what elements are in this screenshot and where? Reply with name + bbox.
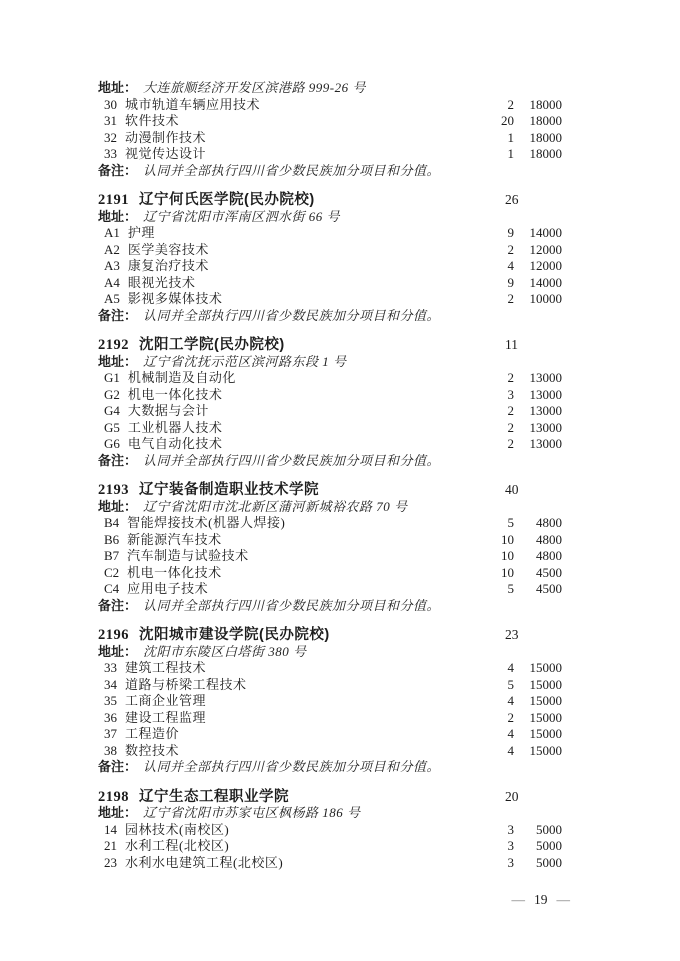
school-title: 2191辽宁何氏医学院(民办院校) <box>98 192 505 209</box>
major-tuition-fee: 12000 <box>514 242 562 259</box>
major-plan-count: 4 <box>474 743 514 760</box>
major-plan-count: 3 <box>474 822 514 839</box>
major-plan-count: 3 <box>474 387 514 404</box>
major-code: A3 <box>104 258 120 273</box>
major-plan-count: 2 <box>474 291 514 308</box>
major-code: B6 <box>104 532 119 547</box>
major-title: 33建筑工程技术 <box>98 660 474 677</box>
major-code: 32 <box>104 130 117 145</box>
major-code: 34 <box>104 677 117 692</box>
school-name: 沈阳工学院(民办院校) <box>139 337 285 353</box>
major-name: 机电一体化技术 <box>128 387 223 402</box>
school-name: 辽宁生态工程职业学院 <box>139 789 289 805</box>
major-row: 33建筑工程技术 4 15000 <box>98 660 562 677</box>
major-row: G1机械制造及自动化 2 13000 <box>98 370 562 387</box>
note-text: 认同并全部执行四川省少数民族加分项目和分值。 <box>143 759 440 776</box>
major-tuition-fee: 13000 <box>514 436 562 453</box>
major-name: 护理 <box>128 225 155 240</box>
note-label: 备注： <box>98 308 137 325</box>
major-title: 30城市轨道车辆应用技术 <box>98 97 474 114</box>
major-code: 30 <box>104 97 117 112</box>
major-code: 23 <box>104 855 117 870</box>
school-plan-total: 40 <box>505 482 562 499</box>
major-row: A2医学美容技术 2 12000 <box>98 242 562 259</box>
major-list: G1机械制造及自动化 2 13000 G2机电一体化技术 3 13000 G4大… <box>98 370 562 453</box>
major-title: G5工业机器人技术 <box>98 420 474 437</box>
note-row: 备注： 认同并全部执行四川省少数民族加分项目和分值。 <box>98 163 562 180</box>
major-tuition-fee: 13000 <box>514 370 562 387</box>
school-name: 沈阳城市建设学院(民办院校) <box>139 627 330 643</box>
major-row: 36建设工程监理 2 15000 <box>98 710 562 727</box>
major-plan-count: 10 <box>474 565 514 582</box>
major-tuition-fee: 18000 <box>514 130 562 147</box>
major-tuition-fee: 4500 <box>514 565 562 582</box>
major-title: 31软件技术 <box>98 113 474 130</box>
major-title: 14园林技术(南校区) <box>98 822 474 839</box>
major-title: B4智能焊接技术(机器人焊接) <box>98 515 474 532</box>
major-name: 水利水电建筑工程(北校区) <box>125 855 283 870</box>
major-row: 23水利水电建筑工程(北校区) 3 5000 <box>98 855 562 872</box>
major-tuition-fee: 15000 <box>514 677 562 694</box>
major-title: C4应用电子技术 <box>98 581 474 598</box>
major-tuition-fee: 4800 <box>514 532 562 549</box>
major-code: B4 <box>104 515 119 530</box>
address-label: 地址： <box>98 805 137 822</box>
major-row: C4应用电子技术 5 4500 <box>98 581 562 598</box>
address-row: 地址： 辽宁省沈阳市苏家屯区枫杨路 186 号 <box>98 805 562 822</box>
major-name: 大数据与会计 <box>128 403 209 418</box>
school-header-row: 2192沈阳工学院(民办院校) 11 <box>98 337 562 354</box>
major-title: 38数控技术 <box>98 743 474 760</box>
major-title: A3康复治疗技术 <box>98 258 474 275</box>
major-plan-count: 4 <box>474 693 514 710</box>
address-row: 地址： 沈阳市东陵区白塔街 380 号 <box>98 644 562 661</box>
major-code: 36 <box>104 710 117 725</box>
major-name: 眼视光技术 <box>128 275 196 290</box>
major-tuition-fee: 18000 <box>514 146 562 163</box>
school-plan-total: 11 <box>505 337 562 354</box>
school-section: 2198辽宁生态工程职业学院 20 地址： 辽宁省沈阳市苏家屯区枫杨路 186 … <box>98 789 562 872</box>
major-row: G5工业机器人技术 2 13000 <box>98 420 562 437</box>
major-tuition-fee: 5000 <box>514 855 562 872</box>
note-text: 认同并全部执行四川省少数民族加分项目和分值。 <box>143 453 440 470</box>
major-plan-count: 5 <box>474 677 514 694</box>
school-title: 2192沈阳工学院(民办院校) <box>98 337 505 354</box>
major-title: A4眼视光技术 <box>98 275 474 292</box>
major-plan-count: 10 <box>474 548 514 565</box>
major-tuition-fee: 15000 <box>514 693 562 710</box>
major-tuition-fee: 5000 <box>514 838 562 855</box>
major-plan-count: 2 <box>474 370 514 387</box>
major-name: 新能源汽车技术 <box>127 532 222 547</box>
major-title: C2机电一体化技术 <box>98 565 474 582</box>
page-footer: —19— <box>512 891 571 908</box>
major-code: G2 <box>104 387 120 402</box>
school-code: 2198 <box>98 789 129 805</box>
major-name: 建设工程监理 <box>125 710 206 725</box>
major-row: 38数控技术 4 15000 <box>98 743 562 760</box>
footer-dash-right: — <box>557 892 571 907</box>
major-code: A4 <box>104 275 120 290</box>
major-title: A5影视多媒体技术 <box>98 291 474 308</box>
major-tuition-fee: 15000 <box>514 660 562 677</box>
major-name: 视觉传达设计 <box>125 146 206 161</box>
major-row: 33视觉传达设计 1 18000 <box>98 146 562 163</box>
major-name: 工业机器人技术 <box>128 420 223 435</box>
major-plan-count: 2 <box>474 403 514 420</box>
major-title: A2医学美容技术 <box>98 242 474 259</box>
address-text: 辽宁省沈抚示范区滨河路东段 1 号 <box>143 354 347 371</box>
major-title: 36建设工程监理 <box>98 710 474 727</box>
major-code: C2 <box>104 565 119 580</box>
major-title: G4大数据与会计 <box>98 403 474 420</box>
major-tuition-fee: 13000 <box>514 420 562 437</box>
major-code: A2 <box>104 242 120 257</box>
major-code: 14 <box>104 822 117 837</box>
major-plan-count: 4 <box>474 258 514 275</box>
major-code: G1 <box>104 370 120 385</box>
major-tuition-fee: 4800 <box>514 515 562 532</box>
major-plan-count: 2 <box>474 420 514 437</box>
major-row: B6新能源汽车技术 10 4800 <box>98 532 562 549</box>
note-text: 认同并全部执行四川省少数民族加分项目和分值。 <box>143 598 440 615</box>
major-code: 38 <box>104 743 117 758</box>
major-row: 35工商企业管理 4 15000 <box>98 693 562 710</box>
school-section: 地址： 大连旅顺经济开发区滨港路 999-26 号 30城市轨道车辆应用技术 2… <box>98 80 562 179</box>
note-row: 备注： 认同并全部执行四川省少数民族加分项目和分值。 <box>98 308 562 325</box>
school-plan-total: 20 <box>505 789 562 806</box>
major-row: G2机电一体化技术 3 13000 <box>98 387 562 404</box>
major-row: B7汽车制造与试验技术 10 4800 <box>98 548 562 565</box>
major-name: 城市轨道车辆应用技术 <box>125 97 260 112</box>
note-text: 认同并全部执行四川省少数民族加分项目和分值。 <box>143 308 440 325</box>
address-text: 大连旅顺经济开发区滨港路 999-26 号 <box>143 80 366 97</box>
major-code: B7 <box>104 548 119 563</box>
school-code: 2196 <box>98 627 129 643</box>
major-name: 工商企业管理 <box>125 693 206 708</box>
document-page: 地址： 大连旅顺经济开发区滨港路 999-26 号 30城市轨道车辆应用技术 2… <box>0 0 680 961</box>
major-row: 21水利工程(北校区) 3 5000 <box>98 838 562 855</box>
note-label: 备注： <box>98 163 137 180</box>
school-code: 2192 <box>98 337 129 353</box>
school-header-row: 2196沈阳城市建设学院(民办院校) 23 <box>98 627 562 644</box>
note-row: 备注： 认同并全部执行四川省少数民族加分项目和分值。 <box>98 759 562 776</box>
major-plan-count: 20 <box>474 113 514 130</box>
major-code: 37 <box>104 726 117 741</box>
major-plan-count: 2 <box>474 242 514 259</box>
major-title: G1机械制造及自动化 <box>98 370 474 387</box>
major-row: A3康复治疗技术 4 12000 <box>98 258 562 275</box>
major-title: 37工程造价 <box>98 726 474 743</box>
major-list: 33建筑工程技术 4 15000 34道路与桥梁工程技术 5 15000 35工… <box>98 660 562 759</box>
major-row: B4智能焊接技术(机器人焊接) 5 4800 <box>98 515 562 532</box>
major-row: A1护理 9 14000 <box>98 225 562 242</box>
major-name: 数控技术 <box>125 743 179 758</box>
major-row: A5影视多媒体技术 2 10000 <box>98 291 562 308</box>
major-title: B7汽车制造与试验技术 <box>98 548 474 565</box>
major-code: A1 <box>104 225 120 240</box>
address-label: 地址： <box>98 80 137 97</box>
major-tuition-fee: 10000 <box>514 291 562 308</box>
major-title: G6电气自动化技术 <box>98 436 474 453</box>
major-plan-count: 5 <box>474 515 514 532</box>
major-name: 水利工程(北校区) <box>125 838 229 853</box>
major-list: B4智能焊接技术(机器人焊接) 5 4800 B6新能源汽车技术 10 4800… <box>98 515 562 598</box>
major-plan-count: 3 <box>474 838 514 855</box>
major-name: 康复治疗技术 <box>128 258 209 273</box>
admission-plan-list: 地址： 大连旅顺经济开发区滨港路 999-26 号 30城市轨道车辆应用技术 2… <box>98 80 562 871</box>
major-plan-count: 2 <box>474 710 514 727</box>
school-header-row: 2198辽宁生态工程职业学院 20 <box>98 789 562 806</box>
major-name: 智能焊接技术(机器人焊接) <box>127 515 285 530</box>
address-label: 地址： <box>98 499 137 516</box>
major-tuition-fee: 14000 <box>514 225 562 242</box>
school-header-row: 2191辽宁何氏医学院(民办院校) 26 <box>98 192 562 209</box>
major-tuition-fee: 13000 <box>514 403 562 420</box>
major-name: 动漫制作技术 <box>125 130 206 145</box>
address-text: 辽宁省沈阳市浑南区泗水街 66 号 <box>143 209 340 226</box>
major-code: A5 <box>104 291 120 306</box>
major-title: B6新能源汽车技术 <box>98 532 474 549</box>
major-row: 32动漫制作技术 1 18000 <box>98 130 562 147</box>
major-row: 14园林技术(南校区) 3 5000 <box>98 822 562 839</box>
address-text: 辽宁省沈阳市沈北新区蒲河新城裕农路 70 号 <box>143 499 408 516</box>
major-title: G2机电一体化技术 <box>98 387 474 404</box>
school-title: 2193辽宁装备制造职业技术学院 <box>98 482 505 499</box>
major-tuition-fee: 15000 <box>514 743 562 760</box>
major-code: G4 <box>104 403 120 418</box>
major-list: A1护理 9 14000 A2医学美容技术 2 12000 A3康复治疗技术 4… <box>98 225 562 308</box>
school-section: 2193辽宁装备制造职业技术学院 40 地址： 辽宁省沈阳市沈北新区蒲河新城裕农… <box>98 482 562 614</box>
school-plan-total: 26 <box>505 192 562 209</box>
major-name: 机械制造及自动化 <box>128 370 236 385</box>
note-label: 备注： <box>98 759 137 776</box>
address-row: 地址： 大连旅顺经济开发区滨港路 999-26 号 <box>98 80 562 97</box>
note-row: 备注： 认同并全部执行四川省少数民族加分项目和分值。 <box>98 598 562 615</box>
major-row: 31软件技术 20 18000 <box>98 113 562 130</box>
school-code: 2191 <box>98 192 129 208</box>
major-code: 35 <box>104 693 117 708</box>
school-header-row: 2193辽宁装备制造职业技术学院 40 <box>98 482 562 499</box>
major-title: 34道路与桥梁工程技术 <box>98 677 474 694</box>
school-name: 辽宁装备制造职业技术学院 <box>139 482 319 498</box>
major-name: 汽车制造与试验技术 <box>127 548 249 563</box>
school-code: 2193 <box>98 482 129 498</box>
major-tuition-fee: 5000 <box>514 822 562 839</box>
major-plan-count: 2 <box>474 97 514 114</box>
major-tuition-fee: 14000 <box>514 275 562 292</box>
major-name: 园林技术(南校区) <box>125 822 229 837</box>
school-title: 2198辽宁生态工程职业学院 <box>98 789 505 806</box>
note-row: 备注： 认同并全部执行四川省少数民族加分项目和分值。 <box>98 453 562 470</box>
major-list: 30城市轨道车辆应用技术 2 18000 31软件技术 20 18000 32动… <box>98 97 562 163</box>
major-tuition-fee: 13000 <box>514 387 562 404</box>
major-plan-count: 4 <box>474 726 514 743</box>
major-plan-count: 3 <box>474 855 514 872</box>
address-row: 地址： 辽宁省沈阳市沈北新区蒲河新城裕农路 70 号 <box>98 499 562 516</box>
school-name: 辽宁何氏医学院(民办院校) <box>139 192 315 208</box>
address-label: 地址： <box>98 354 137 371</box>
major-tuition-fee: 15000 <box>514 710 562 727</box>
major-row: 37工程造价 4 15000 <box>98 726 562 743</box>
major-name: 道路与桥梁工程技术 <box>125 677 247 692</box>
major-title: 23水利水电建筑工程(北校区) <box>98 855 474 872</box>
major-row: A4眼视光技术 9 14000 <box>98 275 562 292</box>
major-plan-count: 1 <box>474 146 514 163</box>
major-tuition-fee: 4500 <box>514 581 562 598</box>
major-code: C4 <box>104 581 119 596</box>
major-name: 电气自动化技术 <box>128 436 223 451</box>
address-label: 地址： <box>98 644 137 661</box>
footer-dash-left: — <box>512 892 526 907</box>
major-tuition-fee: 18000 <box>514 97 562 114</box>
major-row: 30城市轨道车辆应用技术 2 18000 <box>98 97 562 114</box>
address-row: 地址： 辽宁省沈阳市浑南区泗水街 66 号 <box>98 209 562 226</box>
address-text: 沈阳市东陵区白塔街 380 号 <box>143 644 307 661</box>
school-section: 2191辽宁何氏医学院(民办院校) 26 地址： 辽宁省沈阳市浑南区泗水街 66… <box>98 192 562 324</box>
major-row: G4大数据与会计 2 13000 <box>98 403 562 420</box>
major-name: 建筑工程技术 <box>125 660 206 675</box>
school-plan-total: 23 <box>505 627 562 644</box>
major-code: G5 <box>104 420 120 435</box>
major-name: 机电一体化技术 <box>127 565 222 580</box>
major-plan-count: 1 <box>474 130 514 147</box>
major-list: 14园林技术(南校区) 3 5000 21水利工程(北校区) 3 5000 23… <box>98 822 562 872</box>
major-plan-count: 2 <box>474 436 514 453</box>
school-section: 2196沈阳城市建设学院(民办院校) 23 地址： 沈阳市东陵区白塔街 380 … <box>98 627 562 776</box>
major-title: 33视觉传达设计 <box>98 146 474 163</box>
major-tuition-fee: 18000 <box>514 113 562 130</box>
major-row: C2机电一体化技术 10 4500 <box>98 565 562 582</box>
page-number: 19 <box>534 892 548 907</box>
address-row: 地址： 辽宁省沈抚示范区滨河路东段 1 号 <box>98 354 562 371</box>
major-title: A1护理 <box>98 225 474 242</box>
major-code: 33 <box>104 660 117 675</box>
note-label: 备注： <box>98 453 137 470</box>
address-label: 地址： <box>98 209 137 226</box>
major-name: 工程造价 <box>125 726 179 741</box>
major-row: 34道路与桥梁工程技术 5 15000 <box>98 677 562 694</box>
major-code: 31 <box>104 113 117 128</box>
major-plan-count: 9 <box>474 225 514 242</box>
major-title: 35工商企业管理 <box>98 693 474 710</box>
major-plan-count: 9 <box>474 275 514 292</box>
major-name: 影视多媒体技术 <box>128 291 223 306</box>
major-code: G6 <box>104 436 120 451</box>
school-title: 2196沈阳城市建设学院(民办院校) <box>98 627 505 644</box>
major-tuition-fee: 15000 <box>514 726 562 743</box>
major-row: G6电气自动化技术 2 13000 <box>98 436 562 453</box>
note-label: 备注： <box>98 598 137 615</box>
note-text: 认同并全部执行四川省少数民族加分项目和分值。 <box>143 163 440 180</box>
major-code: 33 <box>104 146 117 161</box>
major-title: 21水利工程(北校区) <box>98 838 474 855</box>
major-name: 软件技术 <box>125 113 179 128</box>
major-title: 32动漫制作技术 <box>98 130 474 147</box>
major-plan-count: 10 <box>474 532 514 549</box>
major-plan-count: 4 <box>474 660 514 677</box>
major-name: 医学美容技术 <box>128 242 209 257</box>
school-section: 2192沈阳工学院(民办院校) 11 地址： 辽宁省沈抚示范区滨河路东段 1 号… <box>98 337 562 469</box>
address-text: 辽宁省沈阳市苏家屯区枫杨路 186 号 <box>143 805 361 822</box>
major-tuition-fee: 12000 <box>514 258 562 275</box>
major-tuition-fee: 4800 <box>514 548 562 565</box>
major-name: 应用电子技术 <box>127 581 208 596</box>
major-plan-count: 5 <box>474 581 514 598</box>
major-code: 21 <box>104 838 117 853</box>
